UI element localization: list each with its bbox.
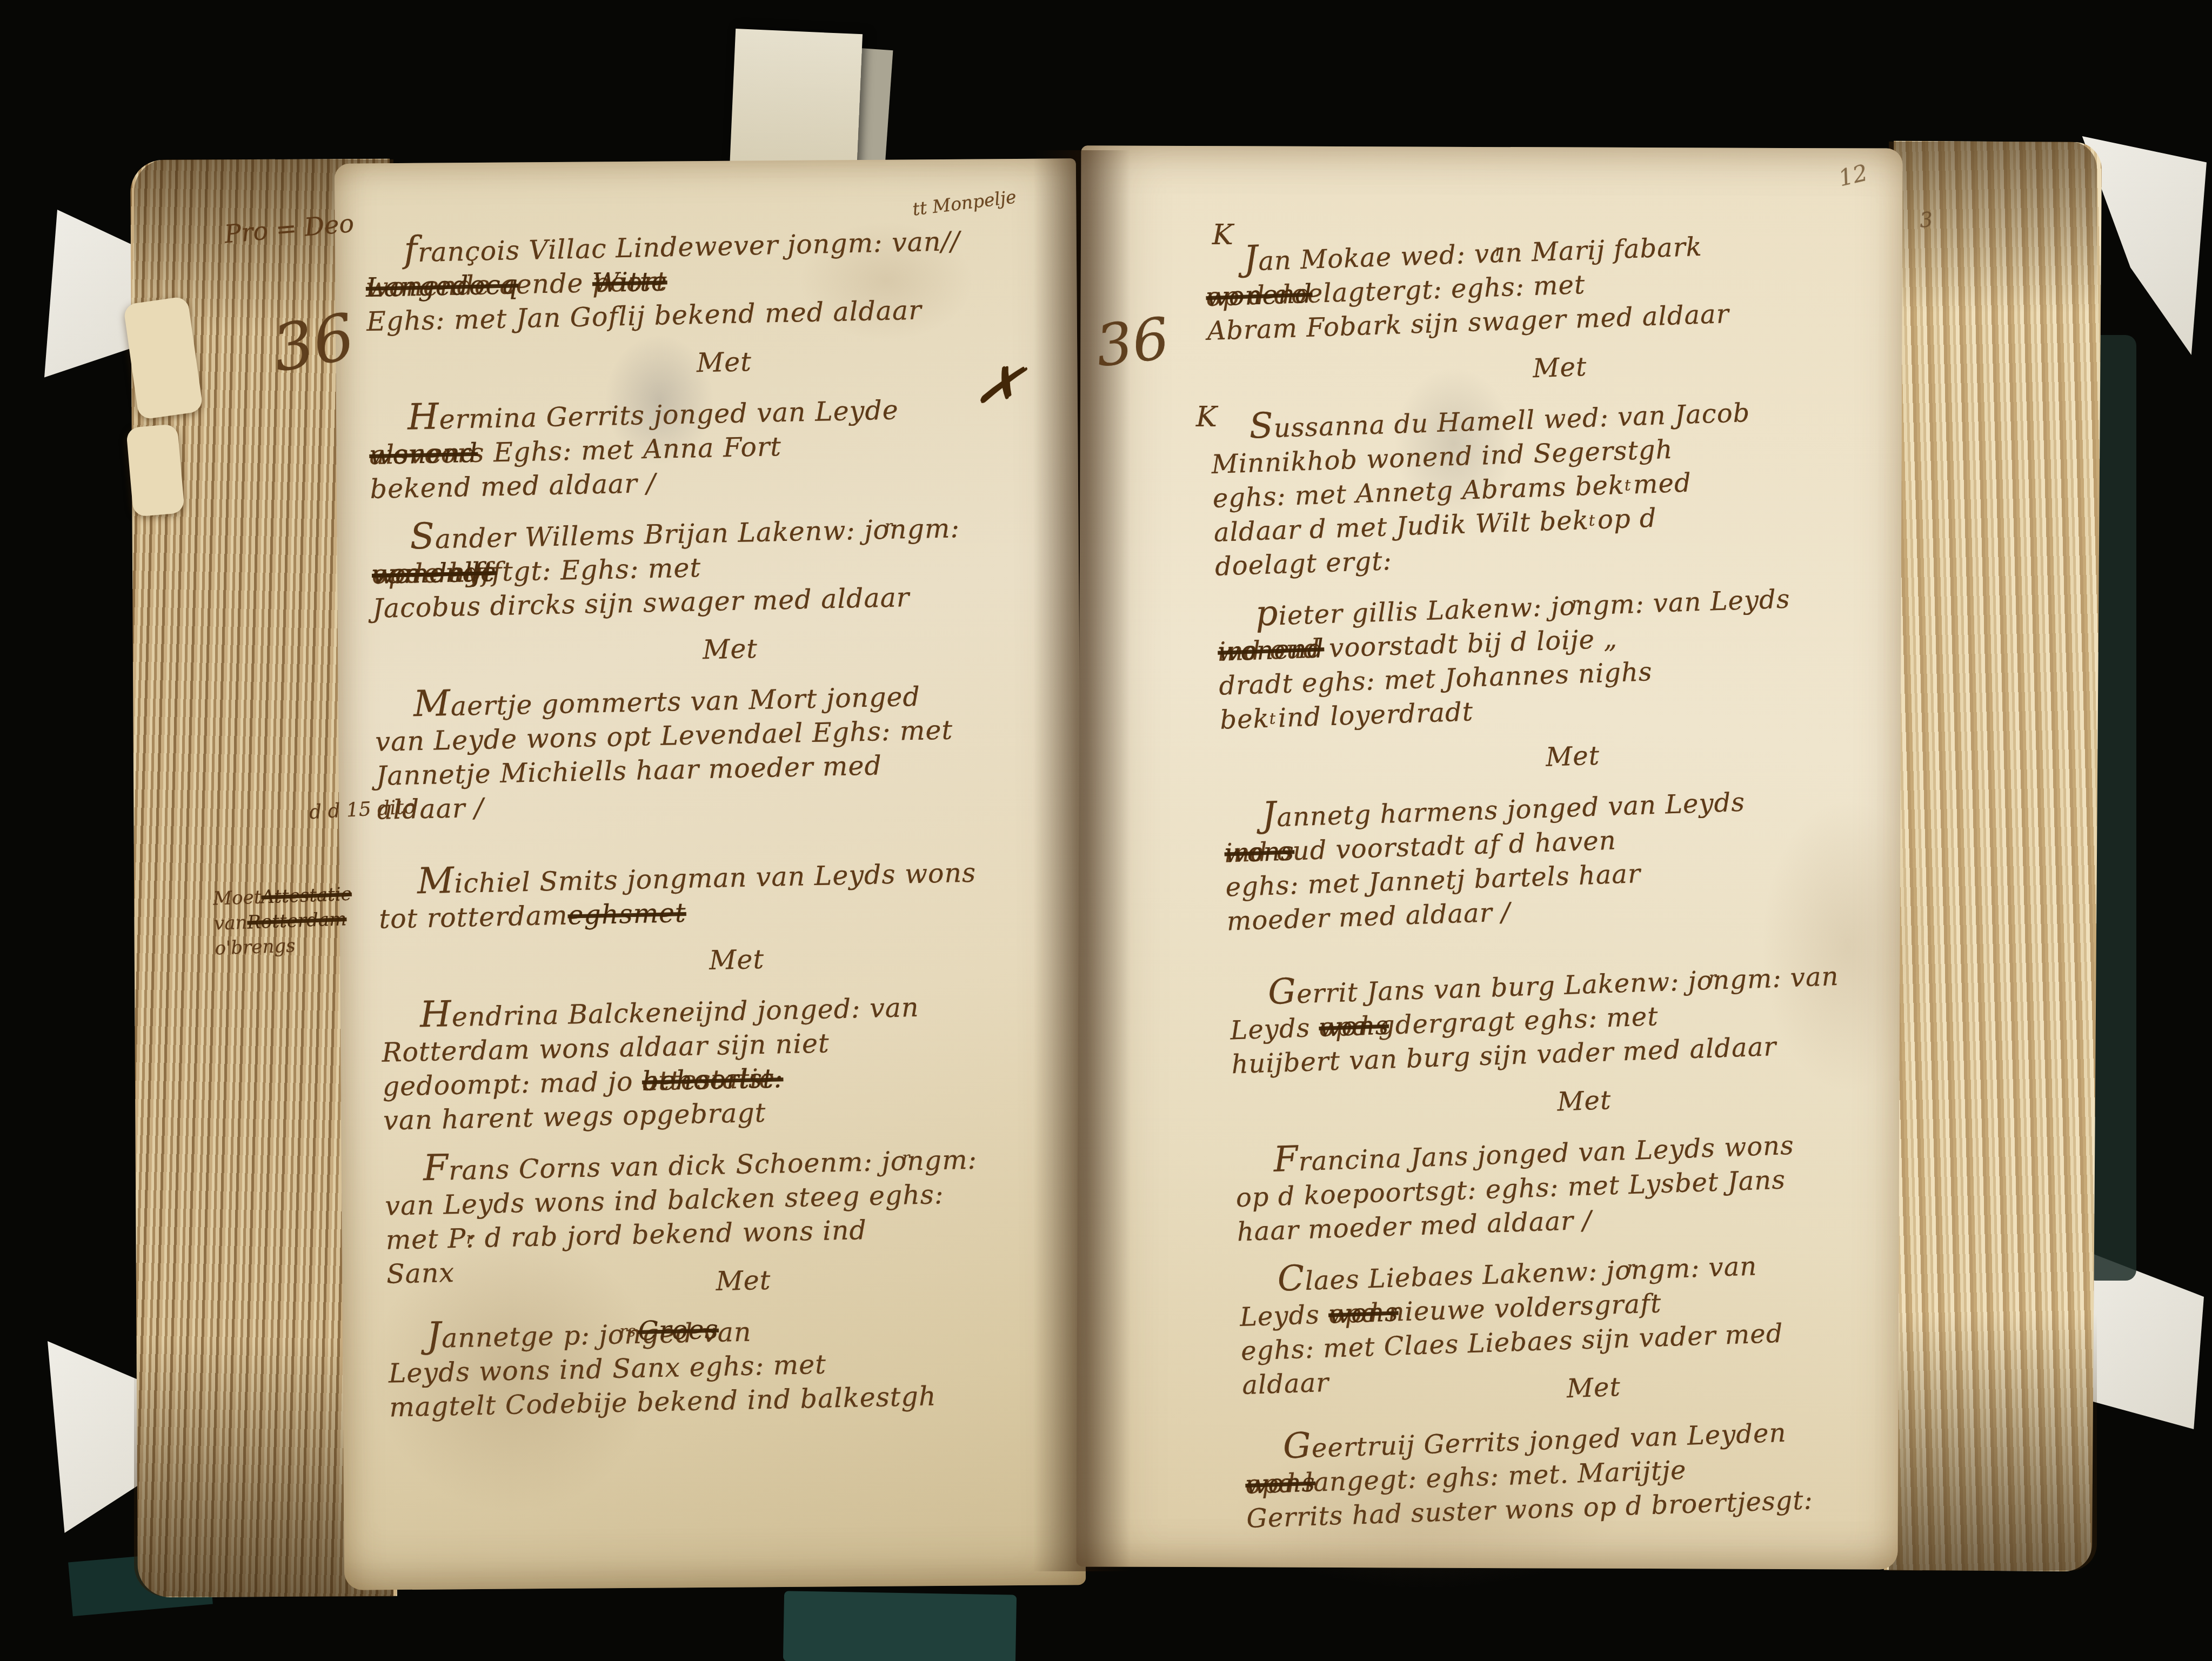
register-entry: Hendrina Balckeneijnd jonged: vanRotterd…: [380, 983, 1097, 1138]
text-line: Met: [1221, 728, 1924, 786]
photo-of-open-register: Pro = Deo tt Monpelje 36 d d 15 dito Moe…: [0, 0, 2212, 1661]
text-line: Met: [1208, 339, 1912, 397]
register-entry: Jannetge prs: Croes jonged vanLeyds wons…: [387, 1304, 1103, 1425]
margin-number-right: 36: [1092, 305, 1173, 380]
register-entry: Maertje gommerts van Mort jongedvan Leyd…: [374, 673, 1090, 827]
text-line: Met: [373, 625, 1087, 674]
met-divider: Met: [380, 935, 1094, 984]
met-divider: Met: [1221, 728, 1924, 786]
text-line: Met: [1233, 1073, 1936, 1130]
register-entry: Francina Jans jonged van Leyds wonsop d …: [1234, 1121, 1940, 1249]
register-entry: Jan Mokae wedr: van Marij fabarkwonend o…: [1204, 220, 1910, 349]
register-entry: Sander Willems Brijan Lakenwr: jongm:van…: [371, 505, 1086, 626]
margin-number-left: 36: [267, 299, 360, 386]
met-divider: Met: [367, 338, 1081, 387]
register-entry: pieter gillis Lakenwr: jongm: van Leydsw…: [1216, 575, 1923, 738]
register-entry: Hermina Gerrits jonged van Leydewonend a…: [368, 386, 1084, 506]
text-line: Met: [367, 338, 1081, 387]
register-entry: françois Villac Lindewever jongm: van//L…: [365, 218, 1080, 339]
met-divider: Met: [373, 625, 1087, 674]
register-entry: Geertruij Gerrits jonged van Leydenwons …: [1244, 1408, 1949, 1536]
attestation-margin-note: Moet Attestatie van Rotterdam o'brengs: [213, 883, 296, 961]
book-cover-edge: [783, 1591, 1017, 1661]
register-entry: Michiel Smits jongman van Leyds wonstot …: [378, 850, 1092, 936]
register-entry: Jannetg harmens jonged van Leydswons ind…: [1222, 776, 1929, 939]
left-page-text: françois Villac Lindewever jongm: van//L…: [365, 218, 1103, 1438]
fore-edge-mark: 3: [1919, 207, 1933, 232]
protruding-page-tab: [126, 424, 185, 517]
met-divider: Met: [1233, 1073, 1936, 1130]
register-entry: Sussanna du Hamell wed: van JacobMinnikh…: [1210, 387, 1918, 584]
right-page-text: Jan Mokae wedr: van Marij fabarkwonend o…: [1204, 220, 1950, 1550]
text-line: Met: [380, 935, 1094, 984]
register-entry: Gerrit Jans van burg Lakenwr: jongm: van…: [1228, 953, 1934, 1082]
met-divider: Met: [1208, 339, 1912, 397]
